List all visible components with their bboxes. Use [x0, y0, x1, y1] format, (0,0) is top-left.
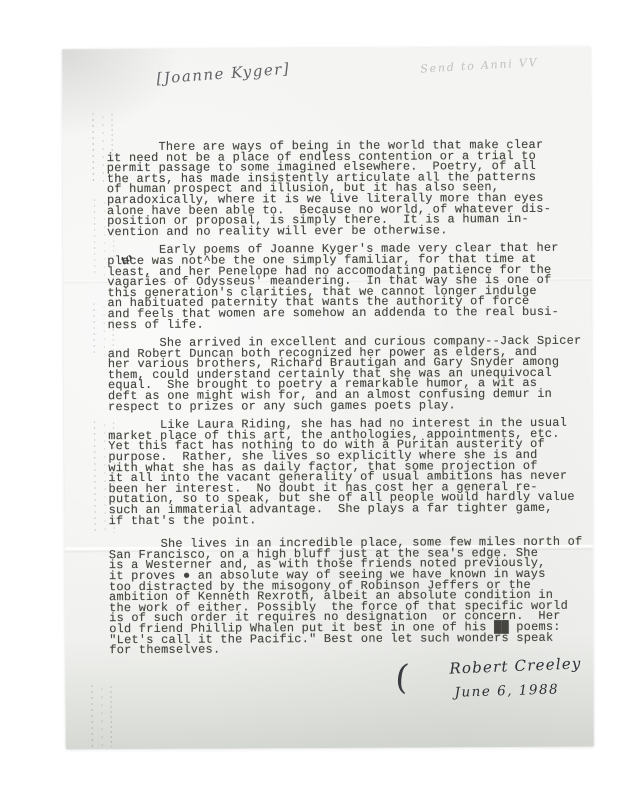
- paper-corner-shadow: [62, 49, 192, 145]
- typed-paragraph-2: Early poems of Joanne Kyger's made very …: [107, 243, 585, 330]
- signature-name: Robert Creeley: [449, 654, 582, 677]
- typed-paragraph-4: Like Laura Riding, she has had no intere…: [108, 418, 587, 526]
- typed-paragraph-5: She lives in an incredible place, some f…: [109, 537, 588, 656]
- scanned-document-view: [Joanne Kyger] Send to Anni VV to There …: [0, 0, 640, 800]
- signature-date: June 6, 1988: [454, 681, 559, 700]
- handwritten-send-note: Send to Anni VV: [420, 56, 539, 76]
- signature-flourish: (: [394, 657, 411, 698]
- typed-text-block: There are ways of being in the world tha…: [107, 140, 588, 664]
- perforation-marks: [92, 685, 118, 747]
- handwritten-title-annotation: [Joanne Kyger]: [156, 60, 291, 88]
- document-page: [Joanne Kyger] Send to Anni VV to There …: [62, 47, 594, 750]
- typed-paragraph-1: There are ways of being in the world tha…: [107, 140, 585, 238]
- signature-block: ( Robert Creeley June 6, 1988: [62, 47, 590, 50]
- typed-paragraph-3: She arrived in excellent and curious com…: [108, 336, 586, 413]
